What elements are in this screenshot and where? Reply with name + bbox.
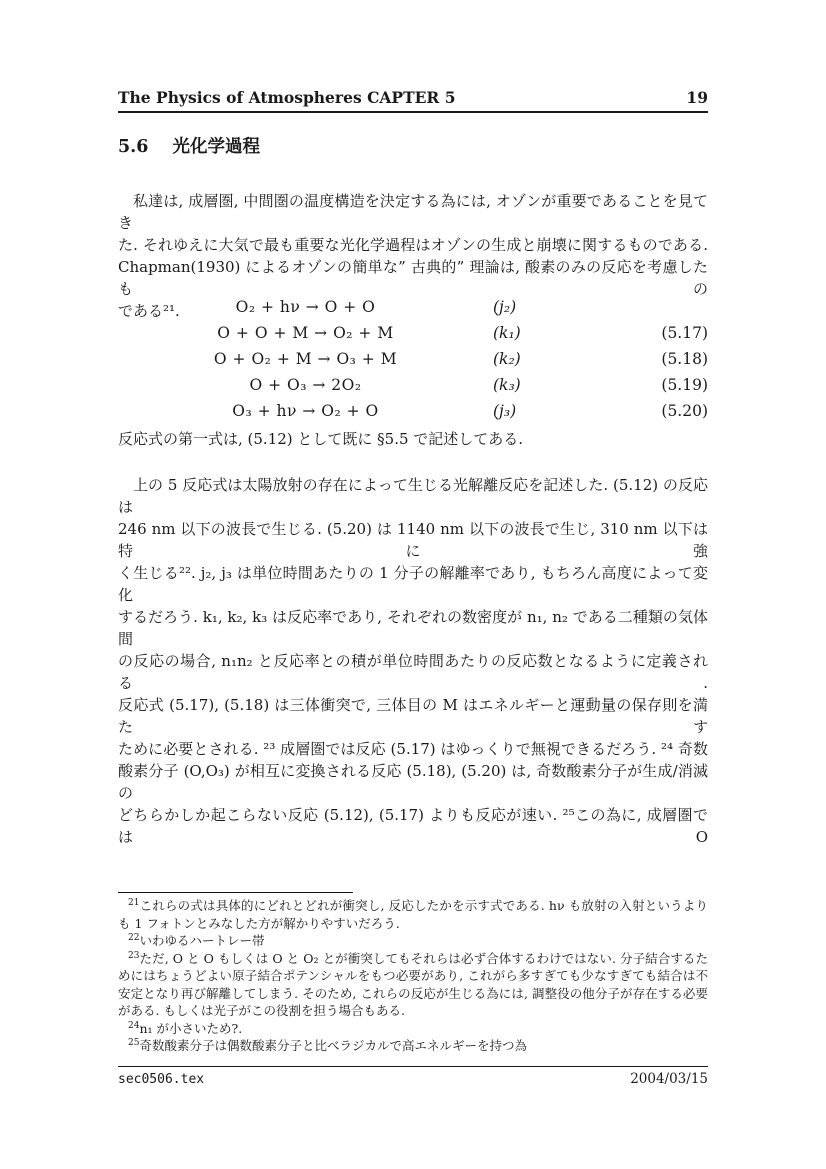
body-line: 反応式の第一式は, (5.12) として既に §5.5 で記述してある. (118, 428, 708, 450)
footnote-rule (118, 892, 353, 893)
equation-formula: O + O₂ + M → O₃ + M (118, 346, 493, 372)
body-line: 酸素分子 (O,O₃) が相互に変換される反応 (5.18), (5.20) は… (118, 760, 708, 804)
footnote-marker: 21 (128, 898, 139, 908)
footnote-text: これらの式は具体的にどれとどれが衝突し, 反応したかを示す式である. hν も放… (118, 898, 708, 931)
page-number: 19 (686, 88, 708, 107)
footnote: 25奇数酸素分子は偶数酸素分子と比べラジカルで高エネルギーを持つ為 (118, 1037, 708, 1055)
equation-number: (5.19) (661, 372, 708, 398)
body-line: 246 nm 以下の波長で生じる. (5.20) は 1140 nm 以下の波長… (118, 518, 708, 562)
body-line: するだろう. k₁, k₂, k₃ は反応率であり, それぞれの数密度が n₁,… (118, 606, 708, 650)
footer-date: 2004/03/15 (630, 1071, 708, 1087)
header-rule (118, 111, 708, 113)
equation-rate-label: (k₃) (493, 372, 573, 398)
equation-rate-label: (k₂) (493, 346, 573, 372)
paragraph-after-equations: 反応式の第一式は, (5.12) として既に §5.5 で記述してある. (118, 428, 708, 450)
footnote-text: 奇数酸素分子は偶数酸素分子と比べラジカルで高エネルギーを持つ為 (139, 1038, 527, 1053)
equation-row: O₂ + hν → O + O (j₂) (118, 294, 708, 320)
footnote-text: いわゆるハートレー帯 (139, 933, 264, 948)
equation-rate-label: (j₃) (493, 398, 573, 424)
footnote-marker: 24 (128, 1020, 139, 1030)
equation-number: (5.18) (661, 346, 708, 372)
body-line: 上の 5 反応式は太陽放射の存在によって生じる光解離反応を記述した. (5.12… (118, 474, 708, 518)
footnote: 23ただ, O と O もしくは O と O₂ とが衝突してもそれらは必ず合体す… (118, 950, 708, 1020)
equation-formula: O₂ + hν → O + O (118, 294, 493, 320)
footnote-marker: 22 (128, 933, 139, 943)
section-number: 5.6 (118, 137, 148, 157)
footnote-text: ただ, O と O もしくは O と O₂ とが衝突してもそれらは必ず合体するわ… (118, 951, 708, 1019)
body-line: 反応式 (5.17), (5.18) は三体衝突で, 三体目の M はエネルギー… (118, 694, 708, 738)
page-header: The Physics of Atmospheres CAPTER 5 19 (118, 88, 708, 107)
header-title: The Physics of Atmospheres CAPTER 5 (118, 88, 456, 107)
section-heading: 5.6 光化学過程 (118, 136, 708, 158)
document-page: The Physics of Atmospheres CAPTER 5 19 5… (0, 0, 826, 1169)
page-footer: sec0506.tex 2004/03/15 (118, 1071, 708, 1087)
footnote: 22いわゆるハートレー帯 (118, 932, 708, 950)
body-line: どちらかしか起こらない反応 (5.12), (5.17) よりも反応が速い. ²… (118, 804, 708, 848)
footer-filename: sec0506.tex (118, 1072, 204, 1087)
equation-formula: O₃ + hν → O₂ + O (118, 398, 493, 424)
body-line: く生じる²². j₂, j₃ は単位時間あたりの 1 分子の解離率であり, もち… (118, 562, 708, 606)
equation-row: O + O₂ + M → O₃ + M (k₂) (5.18) (118, 346, 708, 372)
equation-row: O₃ + hν → O₂ + O (j₃) (5.20) (118, 398, 708, 424)
equation-rate-label: (j₂) (493, 294, 573, 320)
equation-block: O₂ + hν → O + O (j₂) O + O + M → O₂ + M … (118, 294, 708, 424)
equation-row: O + O + M → O₂ + M (k₁) (5.17) (118, 320, 708, 346)
footnote-marker: 23 (128, 950, 139, 960)
footnotes: 21これらの式は具体的にどれとどれが衝突し, 反応したかを示す式である. hν … (118, 897, 708, 1055)
paragraph-2: 上の 5 反応式は太陽放射の存在によって生じる光解離反応を記述した. (5.12… (118, 474, 708, 848)
equation-number: (5.17) (661, 320, 708, 346)
body-line: の反応の場合, n₁n₂ と反応率との積が単位時間あたりの反応数となるように定義… (118, 650, 708, 694)
equation-formula: O + O₃ → 2O₂ (118, 372, 493, 398)
section-title: 光化学過程 (173, 137, 261, 157)
footnote-text: n₁ が小さいため?. (139, 1021, 242, 1036)
equation-rate-label: (k₁) (493, 320, 573, 346)
equation-formula: O + O + M → O₂ + M (118, 320, 493, 346)
equation-row: O + O₃ → 2O₂ (k₃) (5.19) (118, 372, 708, 398)
body-line: 私達は, 成層圏, 中間圏の温度構造を決定する為には, オゾンが重要であることを… (118, 190, 708, 234)
footnote: 24n₁ が小さいため?. (118, 1020, 708, 1038)
body-line: た. それゆえに大気で最も重要な光化学過程はオゾンの生成と崩壊に関するものである… (118, 234, 708, 256)
footnote-marker: 25 (128, 1038, 139, 1048)
body-line: ために必要とされる. ²³ 成層圏では反応 (5.17) はゆっくりで無視できる… (118, 738, 708, 760)
equation-number: (5.20) (661, 398, 708, 424)
footer-rule (118, 1066, 708, 1067)
footnote: 21これらの式は具体的にどれとどれが衝突し, 反応したかを示す式である. hν … (118, 897, 708, 932)
